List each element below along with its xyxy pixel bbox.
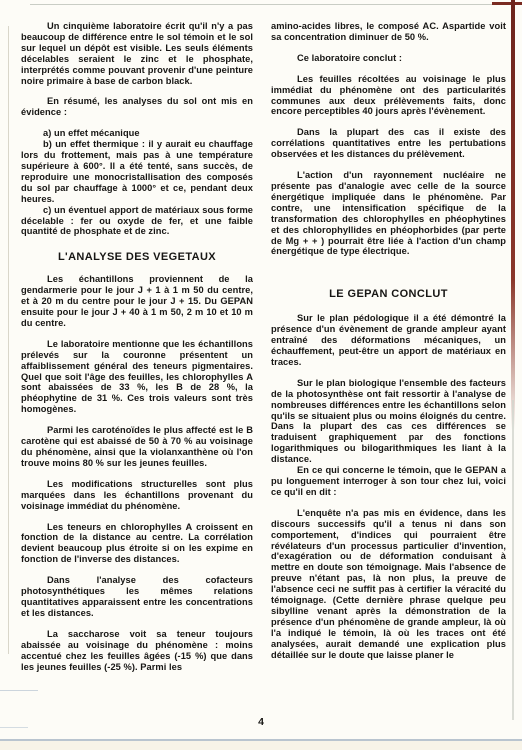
paragraph-nuclear-radiation: L'action d'un rayonnement nucléaire ne p…: [271, 170, 506, 257]
scan-page-curl-line: [0, 690, 38, 691]
paragraph-fifth-laboratory: Un cinquième laboratoire écrit qu'il n'y…: [21, 21, 253, 86]
paragraph-cofactors: Dans l'analyse des cofacteurs photosynth…: [21, 575, 253, 619]
paragraph-witness-intro: En ce qui concerne le témoin, que le GEP…: [271, 465, 506, 498]
list-item-c: c) un éventuel apport de matériaux sous …: [21, 205, 253, 238]
scan-edge-top-right: [492, 2, 522, 5]
paragraph-leaves-collected: Les feuilles récoltées au voisinage le p…: [271, 74, 506, 118]
paragraph-soil-summary-intro: En résumé, les analyses du sol ont mis e…: [21, 96, 253, 118]
section-heading-analyse-vegetaux: L'ANALYSE DES VEGETAUX: [21, 251, 253, 263]
paragraph-chlorophyll-a: Les teneurs en chlorophylles A croissent…: [21, 522, 253, 566]
section-heading-gepan-conclut: LE GEPAN CONCLUT: [271, 288, 506, 300]
right-column: amino-acides libres, le composé AC. Aspa…: [271, 21, 506, 671]
left-column: Un cinquième laboratoire écrit qu'il n'y…: [21, 21, 253, 682]
paragraph-saccharose: La saccharose voit sa teneur toujours ab…: [21, 629, 253, 673]
scan-edge-top: [30, 4, 492, 5]
paragraph-correlations: Dans la plupart des cas il existe des co…: [271, 127, 506, 160]
paragraph-structural-changes: Les modifications structurelles sont plu…: [21, 479, 253, 512]
scanner-background: [0, 741, 522, 750]
list-item-a: a) un effet mécanique: [21, 128, 253, 139]
paragraph-pigment-levels: Le laboratoire mentionne que les échanti…: [21, 339, 253, 415]
page-number: 4: [0, 716, 522, 728]
scanned-document-page: Un cinquième laboratoire écrit qu'il n'y…: [0, 0, 522, 750]
scan-edge-right-gray: [512, 400, 514, 720]
paragraph-lab-concludes-intro: Ce laboratoire conclut :: [271, 53, 506, 64]
paragraph-biological-plan: Sur le plan biologique l'ensemble des fa…: [271, 378, 506, 465]
paragraph-inquiry-conclusion: L'enquête n'a pas mis en évidence, dans …: [271, 508, 506, 661]
paragraph-amino-acids: amino-acides libres, le composé AC. Aspa…: [271, 21, 506, 43]
paragraph-carotenoids: Parmi les caroténoïdes le plus affecté e…: [21, 425, 253, 469]
scan-edge-left: [8, 26, 9, 654]
scan-edge-right-red: [511, 0, 515, 430]
paragraph-samples-origin: Les échantillons proviennent de la genda…: [21, 274, 253, 329]
list-item-b: b) un effet thermique : il y aurait eu c…: [21, 139, 253, 204]
paragraph-pedological-plan: Sur le plan pédologique il a été démontr…: [271, 313, 506, 368]
